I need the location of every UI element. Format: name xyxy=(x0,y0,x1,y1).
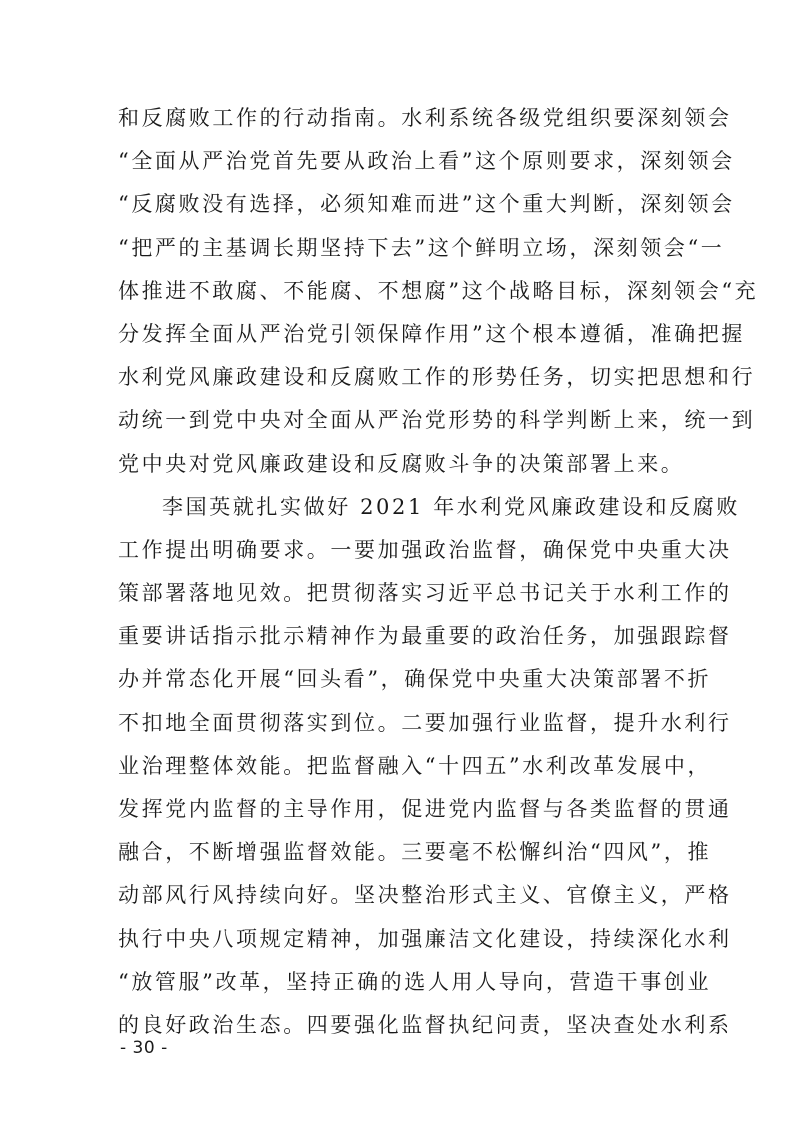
text-line: “把严的主基调长期坚持下去”这个鲜明立场，深刻领会“一 xyxy=(118,227,684,270)
text-line: 李国英就扎实做好 2021 年水利党风廉政建设和反腐败 xyxy=(118,486,684,529)
text-line: “放管服”改革，坚持正确的选人用人导向，营造干事创业 xyxy=(118,961,684,1004)
text-line: 工作提出明确要求。一要加强政治监督，确保党中央重大决 xyxy=(118,529,684,572)
text-line: 重要讲话指示批示精神作为最重要的政治任务，加强跟踪督 xyxy=(118,615,684,658)
text-line: 办并常态化开展“回头看”，确保党中央重大决策部署不折 xyxy=(118,658,684,701)
paragraph-1: 和反腐败工作的行动指南。水利系统各级党组织要深刻领会 “全面从严治党首先要从政治… xyxy=(118,97,684,486)
text-line: 和反腐败工作的行动指南。水利系统各级党组织要深刻领会 xyxy=(118,97,684,140)
text-line: 策部署落地见效。把贯彻落实习近平总书记关于水利工作的 xyxy=(118,572,684,615)
text-line: 动统一到党中央对全面从严治党形势的科学判断上来，统一到 xyxy=(118,399,684,442)
text-line: 执行中央八项规定精神，加强廉洁文化建设，持续深化水利 xyxy=(118,918,684,961)
text-line: 水利党风廉政建设和反腐败工作的形势任务，切实把思想和行 xyxy=(118,356,684,399)
text-line: 发挥党内监督的主导作用，促进党内监督与各类监督的贯通 xyxy=(118,788,684,831)
text-line: 分发挥全面从严治党引领保障作用”这个根本遵循，准确把握 xyxy=(118,313,684,356)
text-line: 动部风行风持续向好。坚决整治形式主义、官僚主义，严格 xyxy=(118,874,684,917)
body-text: 和反腐败工作的行动指南。水利系统各级党组织要深刻领会 “全面从严治党首先要从政治… xyxy=(118,97,684,1047)
text-line: “反腐败没有选择，必须知难而进”这个重大判断，深刻领会 xyxy=(118,183,684,226)
text-line: 不扣地全面贯彻落实到位。二要加强行业监督，提升水利行 xyxy=(118,702,684,745)
text-line: 融合，不断增强监督效能。三要毫不松懈纠治“四风”，推 xyxy=(118,831,684,874)
text-line: 体推进不敢腐、不能腐、不想腐”这个战略目标，深刻领会“充 xyxy=(118,270,684,313)
text-line: 业治理整体效能。把监督融入“十四五”水利改革发展中， xyxy=(118,745,684,788)
text-line: 党中央对党风廉政建设和反腐败斗争的决策部署上来。 xyxy=(118,443,684,486)
paragraph-2: 李国英就扎实做好 2021 年水利党风廉政建设和反腐败 工作提出明确要求。一要加… xyxy=(118,486,684,1047)
text-line: “全面从严治党首先要从政治上看”这个原则要求，深刻领会 xyxy=(118,140,684,183)
page-number: - 30 - xyxy=(120,1038,168,1058)
text-line: 的良好政治生态。四要强化监督执纪问责，坚决查处水利系 xyxy=(118,1004,684,1047)
document-page: 和反腐败工作的行动指南。水利系统各级党组织要深刻领会 “全面从严治党首先要从政治… xyxy=(0,0,800,1131)
